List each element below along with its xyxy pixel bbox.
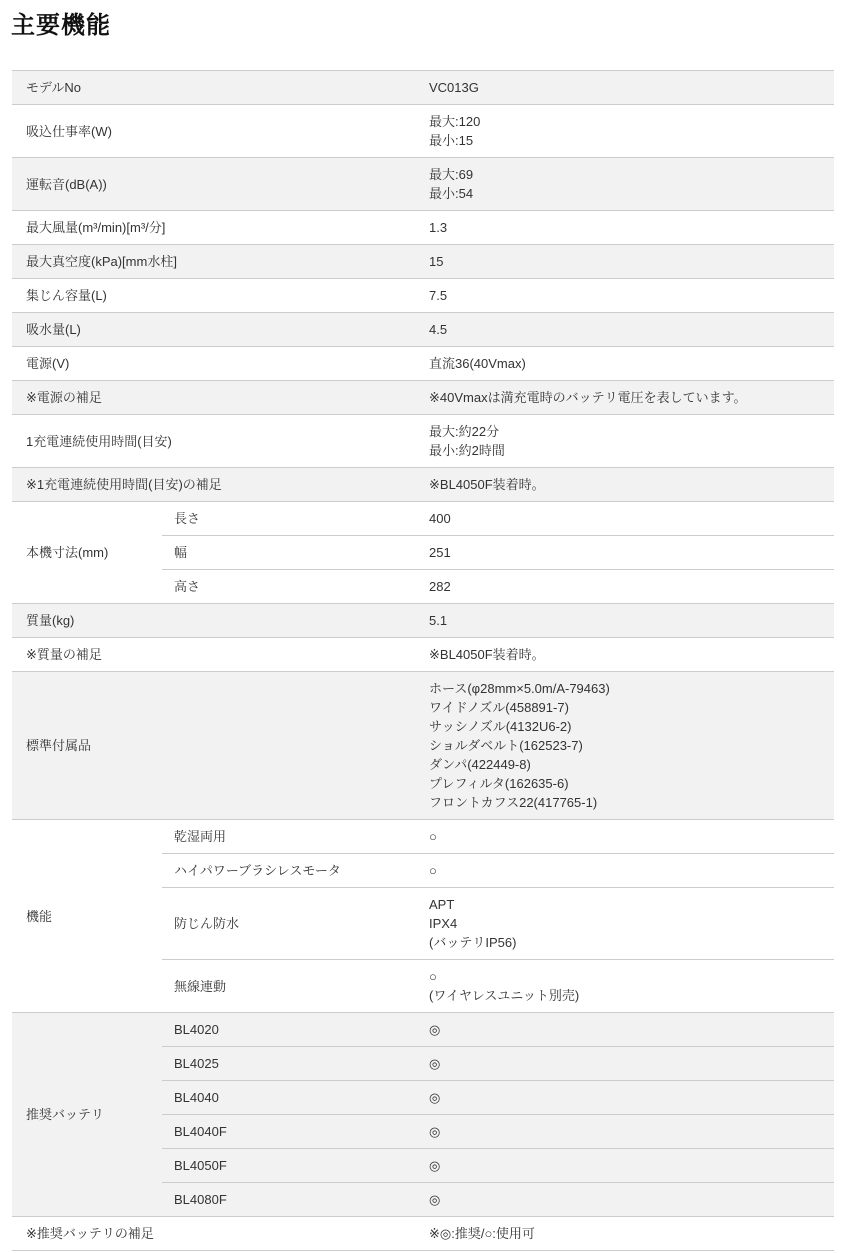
row-value: ホース(φ28mm×5.0m/A-79463) ワイドノズル(458891-7)…	[417, 672, 834, 819]
row-value: 1.3	[417, 211, 834, 244]
value-line: ショルダベルト(162523-7)	[429, 736, 826, 755]
row-label: 質量(kg)	[12, 604, 417, 637]
value-line: 最大:69	[429, 165, 826, 184]
spec-row-max-vacuum: 最大真空度(kPa)[mm水柱] 15	[12, 244, 834, 278]
value-line: ※◎:推奨/○:使用可	[429, 1224, 826, 1243]
spec-row-functions: 機能 乾湿両用 ○ ハイパワーブラシレスモータ ○ 防じん防水	[12, 819, 834, 1012]
value-line: ホース(φ28mm×5.0m/A-79463)	[429, 679, 826, 698]
value-line: IPX4	[429, 914, 826, 933]
spec-table: モデルNo VC013G 吸込仕事率(W) 最大:120 最小:15 運転音(d…	[12, 70, 834, 1251]
sub-row-label: 防じん防水	[162, 888, 417, 959]
value-line: 最小:15	[429, 131, 826, 150]
page-title: 主要機能	[11, 10, 846, 42]
spec-row-weight-note: ※質量の補足 ※BL4050F装着時。	[12, 637, 834, 671]
sub-row-value: ◎	[417, 1149, 834, 1182]
double-circle-mark: ◎	[429, 1088, 826, 1107]
row-label: 標準付属品	[12, 672, 417, 819]
value-line: 最小:約2時間	[429, 441, 826, 460]
sub-row-value: ◎	[417, 1183, 834, 1216]
spec-row-dust-capacity: 集じん容量(L) 7.5	[12, 278, 834, 312]
sub-row-wireless-link: 無線連動 ○ (ワイヤレスユニット別売)	[162, 959, 834, 1012]
row-value: VC013G	[417, 71, 834, 104]
spec-row-standard-accessories: 標準付属品 ホース(φ28mm×5.0m/A-79463) ワイドノズル(458…	[12, 671, 834, 819]
value-line: 最大:120	[429, 112, 826, 131]
double-circle-mark: ◎	[429, 1190, 826, 1209]
spec-row-recommended-batteries: 推奨バッテリ BL4020 ◎ BL4025 ◎ BL4040	[12, 1012, 834, 1216]
sub-row-battery: BL4040F ◎	[162, 1114, 834, 1148]
sub-row-label: BL4080F	[162, 1183, 417, 1216]
value-line: APT	[429, 895, 826, 914]
spec-row-power-source: 電源(V) 直流36(40Vmax)	[12, 346, 834, 380]
row-label: 最大真空度(kPa)[mm水柱]	[12, 245, 417, 278]
sub-row-battery: BL4020 ◎	[162, 1013, 834, 1046]
batteries-sub-table: BL4020 ◎ BL4025 ◎ BL4040 ◎	[162, 1013, 834, 1216]
row-value: 4.5	[417, 313, 834, 346]
functions-sub-table: 乾湿両用 ○ ハイパワーブラシレスモータ ○ 防じん防水 APT IPX4	[162, 820, 834, 1012]
spec-row-battery-note: ※推奨バッテリの補足 ※◎:推奨/○:使用可	[12, 1216, 834, 1250]
row-value: ※BL4050F装着時。	[417, 468, 834, 501]
value-line: 直流36(40Vmax)	[429, 354, 826, 373]
sub-row-value: ◎	[417, 1047, 834, 1080]
sub-row-label: BL4040F	[162, 1115, 417, 1148]
row-value: 15	[417, 245, 834, 278]
spec-page: 主要機能 モデルNo VC013G 吸込仕事率(W) 最大:120 最小:15 …	[0, 10, 846, 1253]
spec-row-noise-level: 運転音(dB(A)) 最大:69 最小:54	[12, 157, 834, 210]
spec-row-runtime-note: ※1充電連続使用時間(目安)の補足 ※BL4050F装着時。	[12, 467, 834, 501]
value-line: ダンパ(422449-8)	[429, 755, 826, 774]
row-label: 最大風量(m³/min)[m³/分]	[12, 211, 417, 244]
sub-row-label: BL4050F	[162, 1149, 417, 1182]
sub-row-label: BL4025	[162, 1047, 417, 1080]
circle-mark: ○	[429, 861, 826, 880]
sub-row-label: 乾湿両用	[162, 820, 417, 853]
sub-row-battery: BL4025 ◎	[162, 1046, 834, 1080]
sub-row-label: BL4040	[162, 1081, 417, 1114]
sub-row-label: 高さ	[162, 570, 417, 603]
value-line: 251	[429, 543, 826, 562]
row-label: ※質量の補足	[12, 638, 417, 671]
value-line: ※BL4050F装着時。	[429, 475, 826, 494]
value-line: サッシノズル(4132U6-2)	[429, 717, 826, 736]
value-line: ワイドノズル(458891-7)	[429, 698, 826, 717]
value-line: 15	[429, 252, 826, 271]
sub-row-value: 400	[417, 502, 834, 535]
row-value: 5.1	[417, 604, 834, 637]
sub-row-value: ◎	[417, 1115, 834, 1148]
sub-row-length: 長さ 400	[162, 502, 834, 535]
sub-row-battery: BL4050F ◎	[162, 1148, 834, 1182]
value-line: ※40Vmaxは満充電時のバッテリ電圧を表しています。	[429, 388, 826, 407]
sub-row-battery: BL4080F ◎	[162, 1182, 834, 1216]
value-line: ※BL4050F装着時。	[429, 645, 826, 664]
value-line: 最小:54	[429, 184, 826, 203]
value-line: VC013G	[429, 78, 826, 97]
sub-row-wet-dry: 乾湿両用 ○	[162, 820, 834, 853]
value-line: 400	[429, 509, 826, 528]
row-label: ※推奨バッテリの補足	[12, 1217, 417, 1250]
row-label: モデルNo	[12, 71, 417, 104]
value-line: プレフィルタ(162635-6)	[429, 774, 826, 793]
row-label: 吸込仕事率(W)	[12, 105, 417, 157]
double-circle-mark: ◎	[429, 1054, 826, 1073]
row-label: 運転音(dB(A))	[12, 158, 417, 210]
row-value: 最大:約22分 最小:約2時間	[417, 415, 834, 467]
value-line: 7.5	[429, 286, 826, 305]
row-label: 本機寸法(mm)	[12, 502, 162, 603]
sub-row-value: APT IPX4 (バッテリIP56)	[417, 888, 834, 959]
value-line: (ワイヤレスユニット別売)	[429, 986, 826, 1005]
row-label: 推奨バッテリ	[12, 1013, 162, 1216]
double-circle-mark: ◎	[429, 1156, 826, 1175]
sub-row-label: 幅	[162, 536, 417, 569]
sub-row-value: ◎	[417, 1013, 834, 1046]
sub-row-label: 長さ	[162, 502, 417, 535]
spec-row-weight: 質量(kg) 5.1	[12, 603, 834, 637]
spec-row-suction-power: 吸込仕事率(W) 最大:120 最小:15	[12, 104, 834, 157]
sub-row-battery: BL4040 ◎	[162, 1080, 834, 1114]
sub-row-label: ハイパワーブラシレスモータ	[162, 854, 417, 887]
value-line: 282	[429, 577, 826, 596]
row-value: 直流36(40Vmax)	[417, 347, 834, 380]
sub-row-value: 251	[417, 536, 834, 569]
sub-row-dust-water-protection: 防じん防水 APT IPX4 (バッテリIP56)	[162, 887, 834, 959]
value-line: 最大:約22分	[429, 422, 826, 441]
sub-row-value: ◎	[417, 1081, 834, 1114]
value-line: 1.3	[429, 218, 826, 237]
sub-row-label: BL4020	[162, 1013, 417, 1046]
spec-row-max-airflow: 最大風量(m³/min)[m³/分] 1.3	[12, 210, 834, 244]
sub-row-label: 無線連動	[162, 960, 417, 1012]
sub-row-value: ○	[417, 820, 834, 853]
spec-row-runtime: 1充電連続使用時間(目安) 最大:約22分 最小:約2時間	[12, 414, 834, 467]
sub-row-width: 幅 251	[162, 535, 834, 569]
row-value: 最大:120 最小:15	[417, 105, 834, 157]
row-label: ※1充電連続使用時間(目安)の補足	[12, 468, 417, 501]
value-line: 4.5	[429, 320, 826, 339]
row-label: ※電源の補足	[12, 381, 417, 414]
dimensions-sub-table: 長さ 400 幅 251 高さ 282	[162, 502, 834, 603]
circle-mark: ○	[429, 827, 826, 846]
spec-row-water-capacity: 吸水量(L) 4.5	[12, 312, 834, 346]
row-value: ※BL4050F装着時。	[417, 638, 834, 671]
value-line: 5.1	[429, 611, 826, 630]
value-line: フロントカフス22(417765-1)	[429, 793, 826, 812]
row-label: 集じん容量(L)	[12, 279, 417, 312]
spec-row-dimensions: 本機寸法(mm) 長さ 400 幅 251 高さ 28	[12, 501, 834, 603]
sub-row-value: ○ (ワイヤレスユニット別売)	[417, 960, 834, 1012]
double-circle-mark: ◎	[429, 1020, 826, 1039]
row-value: ※40Vmaxは満充電時のバッテリ電圧を表しています。	[417, 381, 834, 414]
row-value: ※◎:推奨/○:使用可	[417, 1217, 834, 1250]
sub-row-brushless-motor: ハイパワーブラシレスモータ ○	[162, 853, 834, 887]
row-label: 機能	[12, 820, 162, 1012]
row-label: 吸水量(L)	[12, 313, 417, 346]
double-circle-mark: ◎	[429, 1122, 826, 1141]
row-value: 7.5	[417, 279, 834, 312]
circle-mark: ○	[429, 967, 826, 986]
spec-row-power-note: ※電源の補足 ※40Vmaxは満充電時のバッテリ電圧を表しています。	[12, 380, 834, 414]
row-value: 最大:69 最小:54	[417, 158, 834, 210]
value-line: (バッテリIP56)	[429, 933, 826, 952]
row-label: 1充電連続使用時間(目安)	[12, 415, 417, 467]
sub-row-value: ○	[417, 854, 834, 887]
row-label: 電源(V)	[12, 347, 417, 380]
spec-row-model-no: モデルNo VC013G	[12, 71, 834, 104]
sub-row-height: 高さ 282	[162, 569, 834, 603]
sub-row-value: 282	[417, 570, 834, 603]
